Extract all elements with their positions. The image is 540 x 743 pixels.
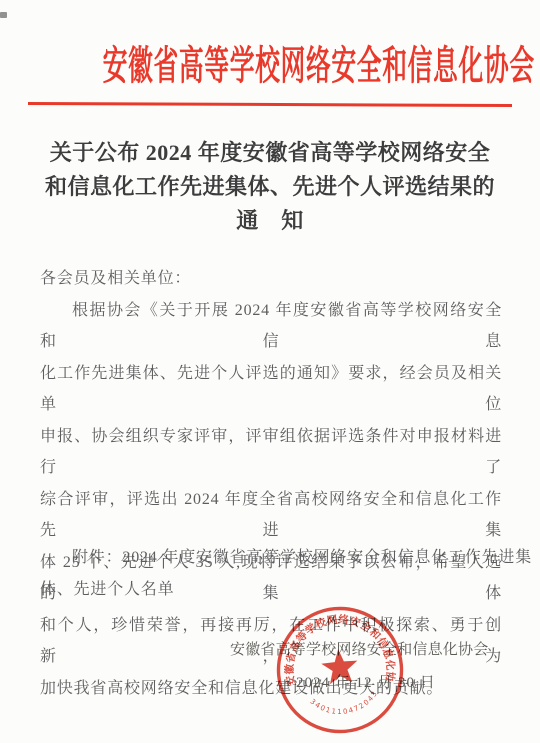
seal-code: 3401110472043: [308, 688, 382, 719]
scanned-document-page: 安徽省高等学校网络安全和信息化协会 关于公布 2024 年度安徽省高等学校网络安…: [0, 0, 540, 743]
title-line-1: 关于公布 2024 年度安徽省高等学校网络安全: [0, 136, 540, 170]
title-line-2: 和信息化工作先进集体、先进个人评选结果的: [0, 170, 540, 204]
letterhead-org-name: 安徽省高等学校网络安全和信息化协会: [103, 42, 438, 90]
title-line-3: 通 知: [0, 204, 540, 238]
letterhead-divider: [28, 102, 512, 107]
seal-code-content: 3401110472043: [308, 688, 382, 719]
attachment-line-1: 附件：2024 年度安徽省高等学校网络安全和信息化工作先进集: [40, 542, 502, 574]
official-seal: 安徽省高等学校网络安全和信息化协会 3401110472043: [270, 600, 410, 740]
attachment-note: 附件：2024 年度安徽省高等学校网络安全和信息化工作先进集 体、先进个人名单: [40, 542, 502, 605]
official-seal-group: 安徽省高等学校网络安全和信息化协会 3401110472043: [270, 600, 407, 738]
salutation: 各会员及相关单位：: [40, 263, 502, 295]
paragraph-line: 申报、协会组织专家评审，评审组依据评选条件对申报材料进行了: [40, 421, 502, 484]
document-title: 关于公布 2024 年度安徽省高等学校网络安全 和信息化工作先进集体、先进个人评…: [0, 136, 540, 238]
paragraph-line: 根据协会《关于开展 2024 年度安徽省高等学校网络安全和信息: [40, 295, 502, 358]
scan-artifact: [0, 12, 7, 18]
paragraph-line: 化工作先进集体、先进个人评选的通知》要求，经会员及相关单位: [40, 358, 502, 421]
seal-star-icon: [320, 648, 359, 685]
paragraph-line: 综合评审，评选出 2024 年度全省高校网络安全和信息化工作先进集: [40, 484, 502, 547]
